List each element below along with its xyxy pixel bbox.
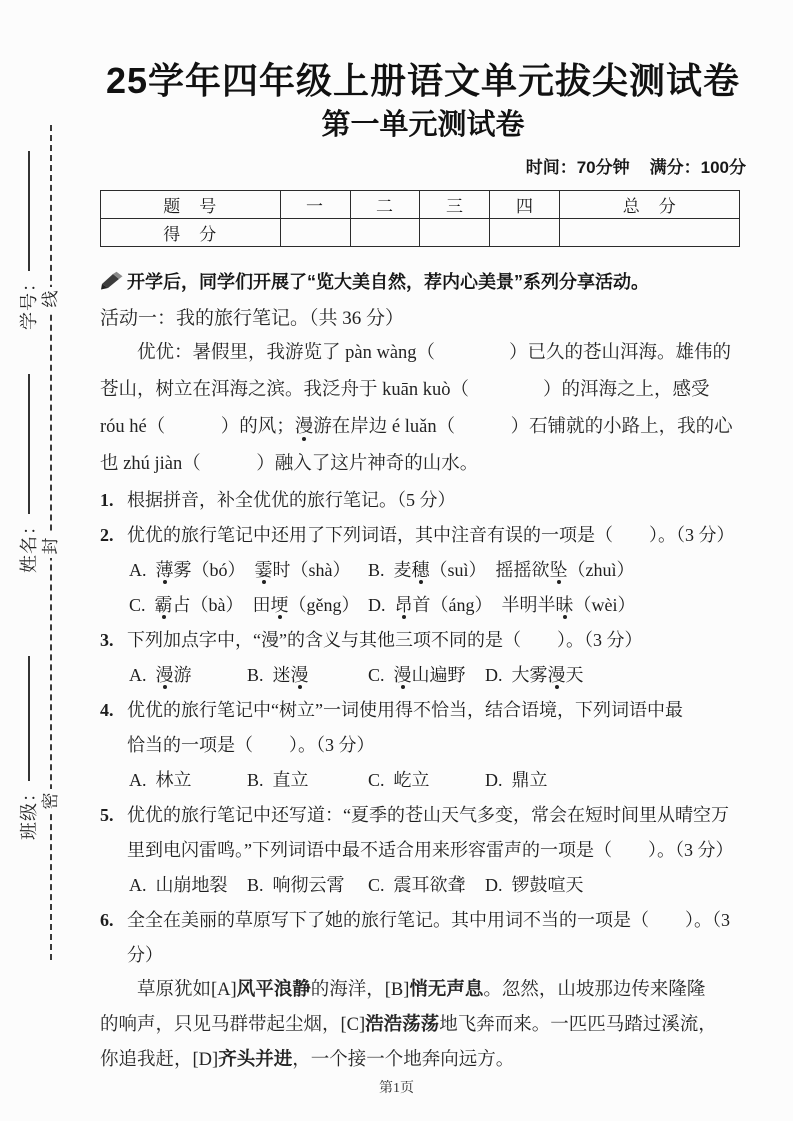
- question-2: 2. 优优的旅行笔记中还用了下列词语，其中注音有误的一项是（ ）。（3 分）: [100, 518, 746, 553]
- text-segment: 天: [566, 665, 584, 685]
- student-id-blank: [26, 151, 30, 271]
- option-text: 大雾漫天: [512, 665, 584, 685]
- exam-info: 时间：70分钟满分：100分: [100, 153, 746, 178]
- option-text: 林立: [156, 770, 192, 790]
- option-label: A.: [129, 560, 147, 580]
- option-text: 霸占（bà） 田埂（gěng）: [155, 595, 360, 615]
- travel-note: 优优：暑假里，我游览了 pàn wàng（ ）已久的苍山洱海。雄伟的 苍山，树立…: [100, 335, 746, 483]
- text-segment: 麦: [394, 560, 412, 580]
- text-segment: 下列加点字中，“漫”的含义与其他三项不同的是（ ）。（3 分）: [127, 630, 642, 650]
- option-label: A.: [129, 770, 147, 790]
- question-4-options: A.林立 B.直立 C.屹立 D.鼎立: [100, 763, 746, 798]
- text-segment: 优优的旅行笔记中还写道：“夏季的苍山天气多变，常会在短时间里从晴空万: [127, 805, 729, 825]
- text-segment: 大雾: [512, 665, 548, 685]
- option-d: D.鼎立: [485, 763, 746, 798]
- text-segment: （wèi）: [574, 595, 636, 615]
- emphasized-char: 霸: [155, 595, 173, 615]
- seal-char-line: 线: [39, 287, 63, 311]
- question-3-options: A.漫游 B.迷漫 C.漫山遍野 D.大雾漫天: [100, 658, 746, 693]
- option-text: 昂首（áng） 半明半昧（wèi）: [395, 595, 636, 615]
- sidebar-field-class: 班级：: [16, 640, 40, 840]
- header-cell-three: 三: [420, 191, 490, 219]
- text-segment: （gěng）: [289, 595, 360, 615]
- travel-note-line: róu hé（ ）的风；漫游在岸边 é luǎn（ ）石铺就的小路上，我的心: [100, 409, 746, 446]
- option-b: B.麦穗（suì） 摇摇欲坠（zhuì）: [368, 553, 746, 588]
- score-cell-empty: [280, 219, 350, 247]
- question-text: 全全在美丽的草原写下了她的旅行笔记。其中用词不当的一项是（ ）。（3 分）: [127, 903, 746, 973]
- text-segment: 优优的旅行笔记中还用了下列词语，其中注音有误的一项是（ ）。（3 分）: [127, 525, 735, 545]
- option-a: A.山崩地裂: [129, 868, 247, 903]
- question-text: 下列加点字中，“漫”的含义与其他三项不同的是（ ）。（3 分）: [127, 623, 746, 658]
- question-text: 优优的旅行笔记中还用了下列词语，其中注音有误的一项是（ ）。（3 分）: [127, 518, 746, 553]
- option-label: B.: [247, 665, 264, 685]
- option-text: 薄雾（bó） 霎时（shà）: [156, 560, 351, 580]
- option-text: 山崩地裂: [156, 875, 228, 895]
- option-text: 漫山遍野: [394, 665, 466, 685]
- name-label: 姓名：: [15, 516, 41, 573]
- question-6: 6. 全全在美丽的草原写下了她的旅行笔记。其中用词不当的一项是（ ）。（3 分）: [100, 903, 746, 973]
- text-segment: 锣鼓喧天: [512, 875, 584, 895]
- question-6-passage: 草原犹如[A]风平浪静的海洋，[B]悄无声息。忽然，山坡那边传来隆隆 的响声，只…: [100, 973, 746, 1078]
- header-cell-tihao: 题 号: [101, 191, 281, 219]
- text-segment: 。忽然，山坡那边传来隆隆: [483, 980, 705, 1000]
- emphasized-char: 霎: [255, 560, 273, 580]
- option-label: B.: [247, 875, 264, 895]
- option-label: A.: [129, 875, 147, 895]
- passage-line: 草原犹如[A]风平浪静的海洋，[B]悄无声息。忽然，山坡那边传来隆隆: [100, 973, 746, 1008]
- emphasized-char: 穗: [412, 560, 430, 580]
- text-segment: 山崩地裂: [156, 875, 228, 895]
- score-row-label: 得 分: [101, 219, 281, 247]
- option-a: A.薄雾（bó） 霎时（shà）: [129, 553, 368, 588]
- question-number: 1.: [100, 483, 114, 518]
- text-segment: 林立: [156, 770, 192, 790]
- score-cell-empty: [350, 219, 420, 247]
- option-text: 迷漫: [273, 665, 309, 685]
- question-1: 1. 根据拼音，补全优优的旅行笔记。（5 分）: [100, 483, 746, 518]
- main-content: 25学年四年级上册语文单元拔尖测试卷 第一单元测试卷 时间：70分钟满分：100…: [100, 58, 746, 1078]
- header-cell-two: 二: [350, 191, 420, 219]
- seal-char-feng: 封: [39, 534, 63, 558]
- option-label: C.: [129, 595, 146, 615]
- score-table-score-row: 得 分: [101, 219, 740, 247]
- option-label: D.: [485, 665, 503, 685]
- option-text: 直立: [273, 770, 309, 790]
- question-number: 4.: [100, 693, 114, 728]
- text-segment: 根据拼音，补全优优的旅行笔记。（5 分）: [127, 490, 456, 510]
- text-segment: 优优的旅行笔记中“树立”一词使用得不恰当，结合语境，下列词语中最: [127, 700, 683, 720]
- travel-note-line: 也 zhú jiàn（ ）融入了这片神奇的山水。: [100, 446, 746, 483]
- emphasized-char: 漫: [156, 665, 174, 685]
- question-number: 6.: [100, 903, 114, 938]
- option-b: B.直立: [247, 763, 368, 798]
- text-segment: 地飞奔而来。一匹匹马踏过溪流，: [439, 1015, 717, 1035]
- score-cell-empty: [560, 219, 740, 247]
- option-c: C.震耳欲聋: [368, 868, 485, 903]
- page-subtitle: 第一单元测试卷: [100, 107, 746, 143]
- student-id-label: 学号：: [15, 273, 41, 330]
- emphasized-char: 薄: [156, 560, 174, 580]
- score-cell-empty: [420, 219, 490, 247]
- score-cell-empty: [490, 219, 560, 247]
- travel-note-line: 优优：暑假里，我游览了 pàn wàng（ ）已久的苍山洱海。雄伟的: [100, 335, 746, 372]
- text-segment: 响彻云霄: [273, 875, 345, 895]
- option-a: A.林立: [129, 763, 247, 798]
- option-label: C.: [368, 665, 385, 685]
- option-text: 鼎立: [512, 770, 548, 790]
- text-segment: 风平浪静: [237, 980, 311, 1000]
- text-segment: 的响声，只见马群带起尘烟，[C]: [100, 1015, 365, 1035]
- text-segment: 浩浩荡荡: [365, 1015, 439, 1035]
- text-segment: （zhuì）: [568, 560, 635, 580]
- text-segment: 震耳欲聋: [394, 875, 466, 895]
- travel-note-line: 苍山，树立在洱海之滨。我泛舟于 kuān kuò（ ）的洱海之上，感受: [100, 372, 746, 409]
- option-d: D.锣鼓喧天: [485, 868, 746, 903]
- activity-heading: 活动一：我的旅行笔记。（共 36 分）: [100, 303, 746, 330]
- option-label: C.: [368, 770, 385, 790]
- text-segment: 苍山，树立在洱海之滨。我泛舟于 kuān kuò（ ）的洱海之上，感受: [100, 380, 709, 400]
- text-segment: 屹立: [394, 770, 430, 790]
- text-segment: 山遍野: [412, 665, 466, 685]
- intro-line: 开学后，同学们开展了“览大美自然，荐内心美景”系列分享活动。: [100, 268, 746, 294]
- option-c: C.屹立: [368, 763, 485, 798]
- seal-char-mi: 密: [39, 789, 63, 813]
- text-segment: 优优：暑假里，我游览了 pàn wàng（ ）已久的苍山洱海。雄伟的: [100, 343, 731, 363]
- option-d: D.昂首（áng） 半明半昧（wèi）: [368, 588, 746, 623]
- question-number: 5.: [100, 798, 114, 833]
- option-label: D.: [368, 595, 386, 615]
- option-label: C.: [368, 875, 385, 895]
- header-cell-four: 四: [490, 191, 560, 219]
- question-4: 4. 优优的旅行笔记中“树立”一词使用得不恰当，结合语境，下列词语中最 恰当的一…: [100, 693, 746, 763]
- question-text: 里到电闪雷鸣。”下列词语中最不适合用来形容雷声的一项是（ ）。（3 分）: [127, 833, 746, 868]
- option-c: C.漫山遍野: [368, 658, 485, 693]
- option-c: C.霸占（bà） 田埂（gěng）: [129, 588, 368, 623]
- full-score: 满分：100分: [650, 158, 746, 177]
- emphasized-char: 漫: [295, 417, 314, 437]
- question-text: 优优的旅行笔记中还写道：“夏季的苍山天气多变，常会在短时间里从晴空万: [127, 798, 746, 833]
- emphasized-char: 昧: [556, 595, 574, 615]
- text-segment: 直立: [273, 770, 309, 790]
- header-cell-total: 总 分: [560, 191, 740, 219]
- text-segment: （suì） 摇摇欲: [430, 560, 550, 580]
- class-label: 班级：: [15, 783, 41, 840]
- text-segment: 鼎立: [512, 770, 548, 790]
- text-segment: 草原犹如[A]: [100, 980, 237, 1000]
- score-table: 题 号 一 二 三 四 总 分 得 分: [100, 190, 740, 247]
- text-segment: 齐头并进: [218, 1050, 292, 1070]
- sidebar-field-student-id: 学号：: [16, 138, 40, 330]
- option-b: B.迷漫: [247, 658, 368, 693]
- text-segment: róu hé（ ）的风；: [100, 417, 295, 437]
- emphasized-char: 昂: [395, 595, 413, 615]
- option-label: D.: [485, 875, 503, 895]
- page-number: 第1页: [0, 1077, 793, 1097]
- question-text: 根据拼音，补全优优的旅行笔记。（5 分）: [127, 483, 746, 518]
- passage-line: 的响声，只见马群带起尘烟，[C]浩浩荡荡地飞奔而来。一匹匹马踏过溪流，: [100, 1008, 746, 1043]
- option-label: A.: [129, 665, 147, 685]
- exam-sheet: 学号： 姓名： 班级： 线 封 密 25学年四年级上册语文单元拔尖测试卷 第一单…: [0, 0, 793, 1121]
- text-segment: 的海洋，[B]: [311, 980, 410, 1000]
- intro-text: 开学后，同学们开展了“览大美自然，荐内心美景”系列分享活动。: [127, 268, 649, 294]
- name-blank: [26, 374, 30, 514]
- option-text: 屹立: [394, 770, 430, 790]
- score-table-header-row: 题 号 一 二 三 四 总 分: [101, 191, 740, 219]
- option-label: D.: [485, 770, 503, 790]
- text-segment: 你追我赶，[D]: [100, 1050, 218, 1070]
- text-segment: 也 zhú jiàn（ ）融入了这片神奇的山水。: [100, 454, 478, 474]
- option-text: 响彻云霄: [273, 875, 345, 895]
- option-d: D.大雾漫天: [485, 658, 746, 693]
- text-segment: 迷: [273, 665, 291, 685]
- option-text: 麦穗（suì） 摇摇欲坠（zhuì）: [394, 560, 635, 580]
- text-segment: 占（bà） 田: [173, 595, 271, 615]
- question-5-options: A.山崩地裂 B.响彻云霄 C.震耳欲聋 D.锣鼓喧天: [100, 868, 746, 903]
- class-blank: [26, 656, 30, 781]
- page-title: 25学年四年级上册语文单元拔尖测试卷: [100, 58, 746, 103]
- sidebar-field-name: 姓名：: [16, 355, 40, 573]
- question-5: 5. 优优的旅行笔记中还写道：“夏季的苍山天气多变，常会在短时间里从晴空万 里到…: [100, 798, 746, 868]
- emphasized-char: 漫: [548, 665, 566, 685]
- header-cell-one: 一: [280, 191, 350, 219]
- text-segment: 雾（bó）: [174, 560, 255, 580]
- question-text: 优优的旅行笔记中“树立”一词使用得不恰当，结合语境，下列词语中最: [127, 693, 746, 728]
- option-text: 漫游: [156, 665, 192, 685]
- question-text: 恰当的一项是（ ）。（3 分）: [127, 728, 746, 763]
- pen-icon: [100, 271, 124, 291]
- question-2-options-row-1: A.薄雾（bó） 霎时（shà） B.麦穗（suì） 摇摇欲坠（zhuì）: [100, 553, 746, 588]
- text-segment: 全全在美丽的草原写下了她的旅行笔记。其中用词不当的一项是（ ）。（3 分）: [127, 910, 735, 965]
- emphasized-char: 漫: [291, 665, 309, 685]
- text-segment: 悄无声息: [409, 980, 483, 1000]
- text-segment: 游: [174, 665, 192, 685]
- text-segment: ，一个接一个地奔向远方。: [292, 1050, 514, 1070]
- emphasized-char: 坠: [550, 560, 568, 580]
- option-a: A.漫游: [129, 658, 247, 693]
- question-3: 3. 下列加点字中，“漫”的含义与其他三项不同的是（ ）。（3 分）: [100, 623, 746, 658]
- option-label: B.: [247, 770, 264, 790]
- text-segment: 首（áng） 半明半: [413, 595, 556, 615]
- text-segment: 恰当的一项是（ ）。（3 分）: [127, 735, 375, 755]
- emphasized-char: 漫: [394, 665, 412, 685]
- emphasized-char: 埂: [271, 595, 289, 615]
- time-limit: 时间：70分钟: [526, 158, 630, 177]
- question-number: 2.: [100, 518, 114, 553]
- passage-line: 你追我赶，[D]齐头并进，一个接一个地奔向远方。: [100, 1043, 746, 1078]
- text-segment: 时（shà）: [273, 560, 351, 580]
- question-number: 3.: [100, 623, 114, 658]
- option-b: B.响彻云霄: [247, 868, 368, 903]
- option-text: 震耳欲聋: [394, 875, 466, 895]
- option-text: 锣鼓喧天: [512, 875, 584, 895]
- question-2-options-row-2: C.霸占（bà） 田埂（gěng） D.昂首（áng） 半明半昧（wèi）: [100, 588, 746, 623]
- text-segment: 里到电闪雷鸣。”下列词语中最不适合用来形容雷声的一项是（ ）。（3 分）: [127, 840, 734, 860]
- text-segment: 游在岸边 é luǎn（ ）石铺就的小路上，我的心: [313, 417, 732, 437]
- option-label: B.: [368, 560, 385, 580]
